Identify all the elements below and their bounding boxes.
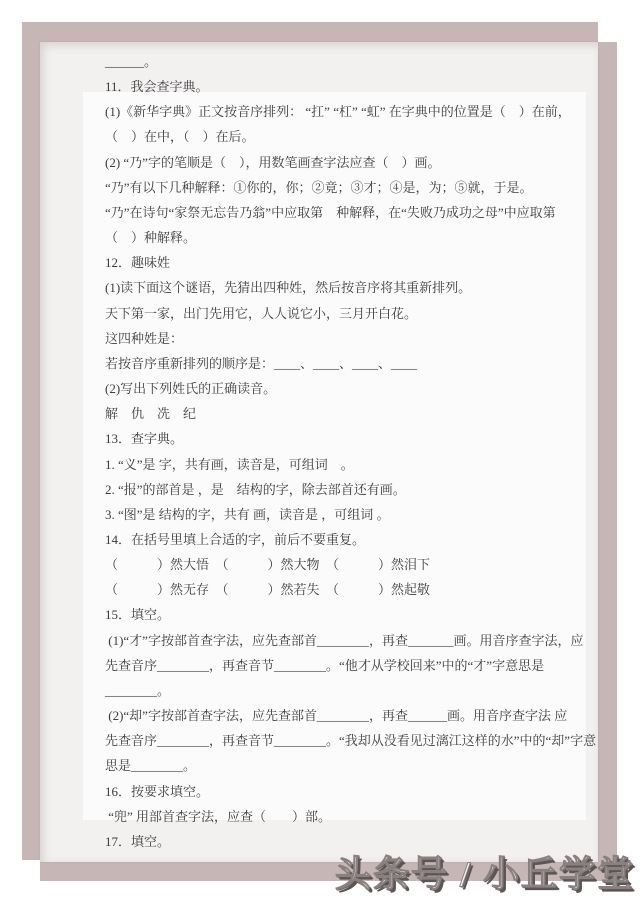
text-line-20: 14．在括号里填上合适的字，前后不要重复。	[105, 527, 592, 552]
text-line-8: （ ）种解释。	[105, 225, 592, 250]
text-line-19: 3. “图”是 结构的字，共有 画，读音是 ，可组词 。	[105, 502, 592, 527]
text-line-31: “兜” 用部首查字法，应查（ ）部。	[105, 804, 592, 829]
text-line-18: 2. “报”的部首是 ，是 结构的字，除去部首还有画。	[105, 477, 592, 502]
text-line-27: (2)“却”字按部首查字法，应先查部首________，再查______画。用音…	[105, 703, 592, 728]
text-line-9: 12．趣味姓	[105, 250, 592, 275]
page-background: ______。11．我会查字典。(1)《新华字典》正文按音序排列： “扛” “杠…	[0, 0, 640, 906]
text-line-10: (1)读下面这个谜语，先猜出四种姓，然后按音序将其重新排列。	[105, 275, 592, 300]
text-line-22: （ ）然无存 （ ）然若失 （ ）然起敬	[105, 577, 592, 602]
watermark: 头条号 / 小丘学堂	[335, 846, 635, 897]
text-line-15: 解 仇 冼 纪	[105, 401, 592, 426]
text-line-5: (2) “乃”字的笔顺是（ ），用数笔画查字法应查（ ）画。	[105, 150, 592, 175]
text-line-13: 若按音序重新排列的顺序是：____、____、____、____	[105, 351, 592, 376]
text-line-12: 这四种姓是：	[105, 326, 592, 351]
text-line-21: （ ）然大悟 （ ）然大物 （ ）然泪下	[105, 552, 592, 577]
worksheet-page: ______。11．我会查字典。(1)《新华字典》正文按音序排列： “扛” “杠…	[40, 42, 598, 862]
text-line-24: (1)“才”字按部首查字法，应先查部首________，再查_______画。用…	[105, 628, 592, 653]
text-line-4: （ ）在中，（ ）在后。	[105, 124, 592, 149]
text-line-26: ________。	[105, 678, 592, 703]
text-line-25: 先查音序________，再查音节________。“他才从学校回来”中的“才”…	[105, 653, 592, 678]
text-line-11: 天下第一家，出门先用它，人人说它小，三月开白花。	[105, 301, 592, 326]
text-line-3: (1)《新华字典》正文按音序排列： “扛” “杠” “虹” 在字典中的位置是（ …	[105, 99, 592, 124]
text-line-7: “乃”在诗句“家祭无忘告乃翁”中应取第 种解释，在“失败乃成功之母”中应取第	[105, 200, 592, 225]
text-line-17: 1. “义”是 字，共有画，读音是，可组词 。	[105, 452, 592, 477]
text-line-23: 15．填空。	[105, 602, 592, 627]
text-line-14: (2)写出下列姓氏的正确读音。	[105, 376, 592, 401]
worksheet-text: ______。11．我会查字典。(1)《新华字典》正文按音序排列： “扛” “杠…	[105, 49, 592, 862]
text-line-6: “乃”有以下几种解释：①你的，你；②竟；③才；④是，为；⑤就，于是。	[105, 175, 592, 200]
text-line-16: 13．查字典。	[105, 426, 592, 451]
text-line-28: 先查音序________，再查音节________。“我却从没看见过漓江这样的水…	[105, 728, 592, 753]
text-line-2: 11．我会查字典。	[105, 74, 592, 99]
text-line-29: 思是________。	[105, 753, 592, 778]
text-line-30: 16．按要求填空。	[105, 779, 592, 804]
text-line-1: ______。	[105, 49, 592, 74]
